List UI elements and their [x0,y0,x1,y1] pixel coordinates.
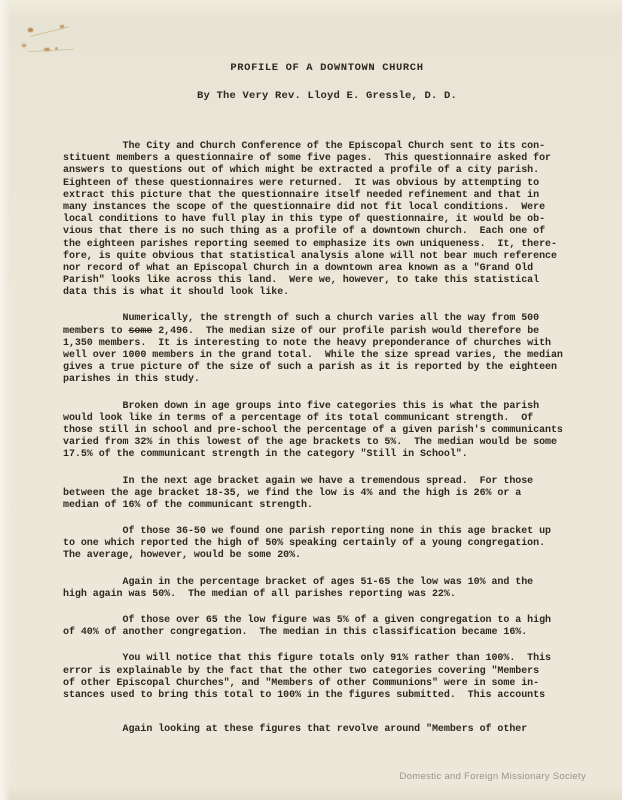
text-line: those still in school and pre-school the… [63,425,573,437]
text-line: well over 1000 members in the grand tota… [63,350,573,362]
paragraph-2: Numerically, the strength of such a chur… [63,313,573,386]
text-line: between the age bracket 18-35, we find t… [63,488,573,500]
text-line: to one which reported the high of 50% sp… [63,538,573,550]
text-line: data this is what it should look like. [63,287,573,299]
text-line: Numerically, the strength of such a chur… [63,313,573,325]
text-line: gives a true picture of the size of such… [63,362,573,374]
typewritten-text-block: PROFILE OF A DOWNTOWN CHURCH By The Very… [63,62,573,750]
text-line: high again was 50%. The median of all pa… [63,589,573,601]
text-line: of other Episcopal Churches", and "Membe… [63,678,573,690]
document-title: PROFILE OF A DOWNTOWN CHURCH [81,62,573,74]
struck-out-word: some [128,326,152,337]
document-page: PROFILE OF A DOWNTOWN CHURCH By The Very… [0,0,622,800]
paragraph-4: In the next age bracket again we have a … [63,476,573,513]
text-line: error is explainable by the fact that th… [63,666,573,678]
text-line: would look like in terms of a percentage… [63,413,573,425]
text-line: Eighteen of these questionnaires were re… [63,178,573,190]
text-line: Of those 36-50 we found one parish repor… [63,526,573,538]
text-line: The average, however, would be some 20%. [63,550,573,562]
footer-watermark: Domestic and Foreign Missionary Society [400,771,586,782]
text-line: parishes in this study. [63,374,573,386]
paragraph-8: You will notice that this figure totals … [63,653,573,702]
text-line: Parish" looks like across this land. Wer… [63,275,573,287]
text-line: Broken down in age groups into five cate… [63,401,573,413]
text-line: Of those over 65 the low figure was 5% o… [63,615,573,627]
paragraph-1: The City and Church Conference of the Ep… [63,141,573,299]
rust-stain [55,47,58,50]
text-line: varied from 32% in this lowest of the ag… [63,437,573,449]
paragraph-3: Broken down in age groups into five cate… [63,401,573,462]
text-line: of 40% of another congregation. The medi… [63,627,573,639]
pencil-scratch [30,26,69,37]
text-line: In the next age bracket again we have a … [63,476,573,488]
text-line: median of 16% of the communicant strengt… [63,500,573,512]
text-line: answers to questions out of which might … [63,165,573,177]
text-line: the eighteen parishes reporting seemed t… [63,239,573,251]
text-segment: members to [63,326,128,337]
text-line: vious that there is no such thing as a p… [63,226,573,238]
text-segment: 2,496. The median size of our profile pa… [152,326,539,337]
rust-stain [44,48,50,51]
text-line: extract this picture that the questionna… [63,190,573,202]
document-byline: By The Very Rev. Lloyd E. Gressle, D. D. [81,90,573,102]
text-line: fore, is quite obvious that statistical … [63,251,573,263]
paragraph-6: Again in the percentage bracket of ages … [63,577,573,601]
heading-block: PROFILE OF A DOWNTOWN CHURCH By The Very… [63,62,573,102]
text-line: stituent members a questionnaire of some… [63,153,573,165]
paragraph-5: Of those 36-50 we found one parish repor… [63,526,573,563]
rust-stain [22,44,26,47]
text-line: The City and Church Conference of the Ep… [63,141,573,153]
text-line: 17.5% of the communicant strength in the… [63,449,573,461]
text-line: Again looking at these figures that revo… [63,724,573,736]
paragraph-9: Again looking at these figures that revo… [63,724,573,736]
rust-stain [28,28,33,32]
text-line: You will notice that this figure totals … [63,653,573,665]
text-line: nor record of what an Episcopal Church i… [63,263,573,275]
text-line: stances used to bring this total to 100%… [63,690,573,702]
text-line-with-strikeout: members to some 2,496. The median size o… [63,326,573,338]
document-body: The City and Church Conference of the Ep… [63,141,573,736]
text-line: Again in the percentage bracket of ages … [63,577,573,589]
text-line: 1,350 members. It is interesting to note… [63,338,573,350]
paragraph-7: Of those over 65 the low figure was 5% o… [63,615,573,639]
pencil-scratch [28,49,74,52]
text-line: local conditions to have full play in th… [63,214,573,226]
rust-stain [60,25,64,28]
text-line: many instances the scope of the question… [63,202,573,214]
